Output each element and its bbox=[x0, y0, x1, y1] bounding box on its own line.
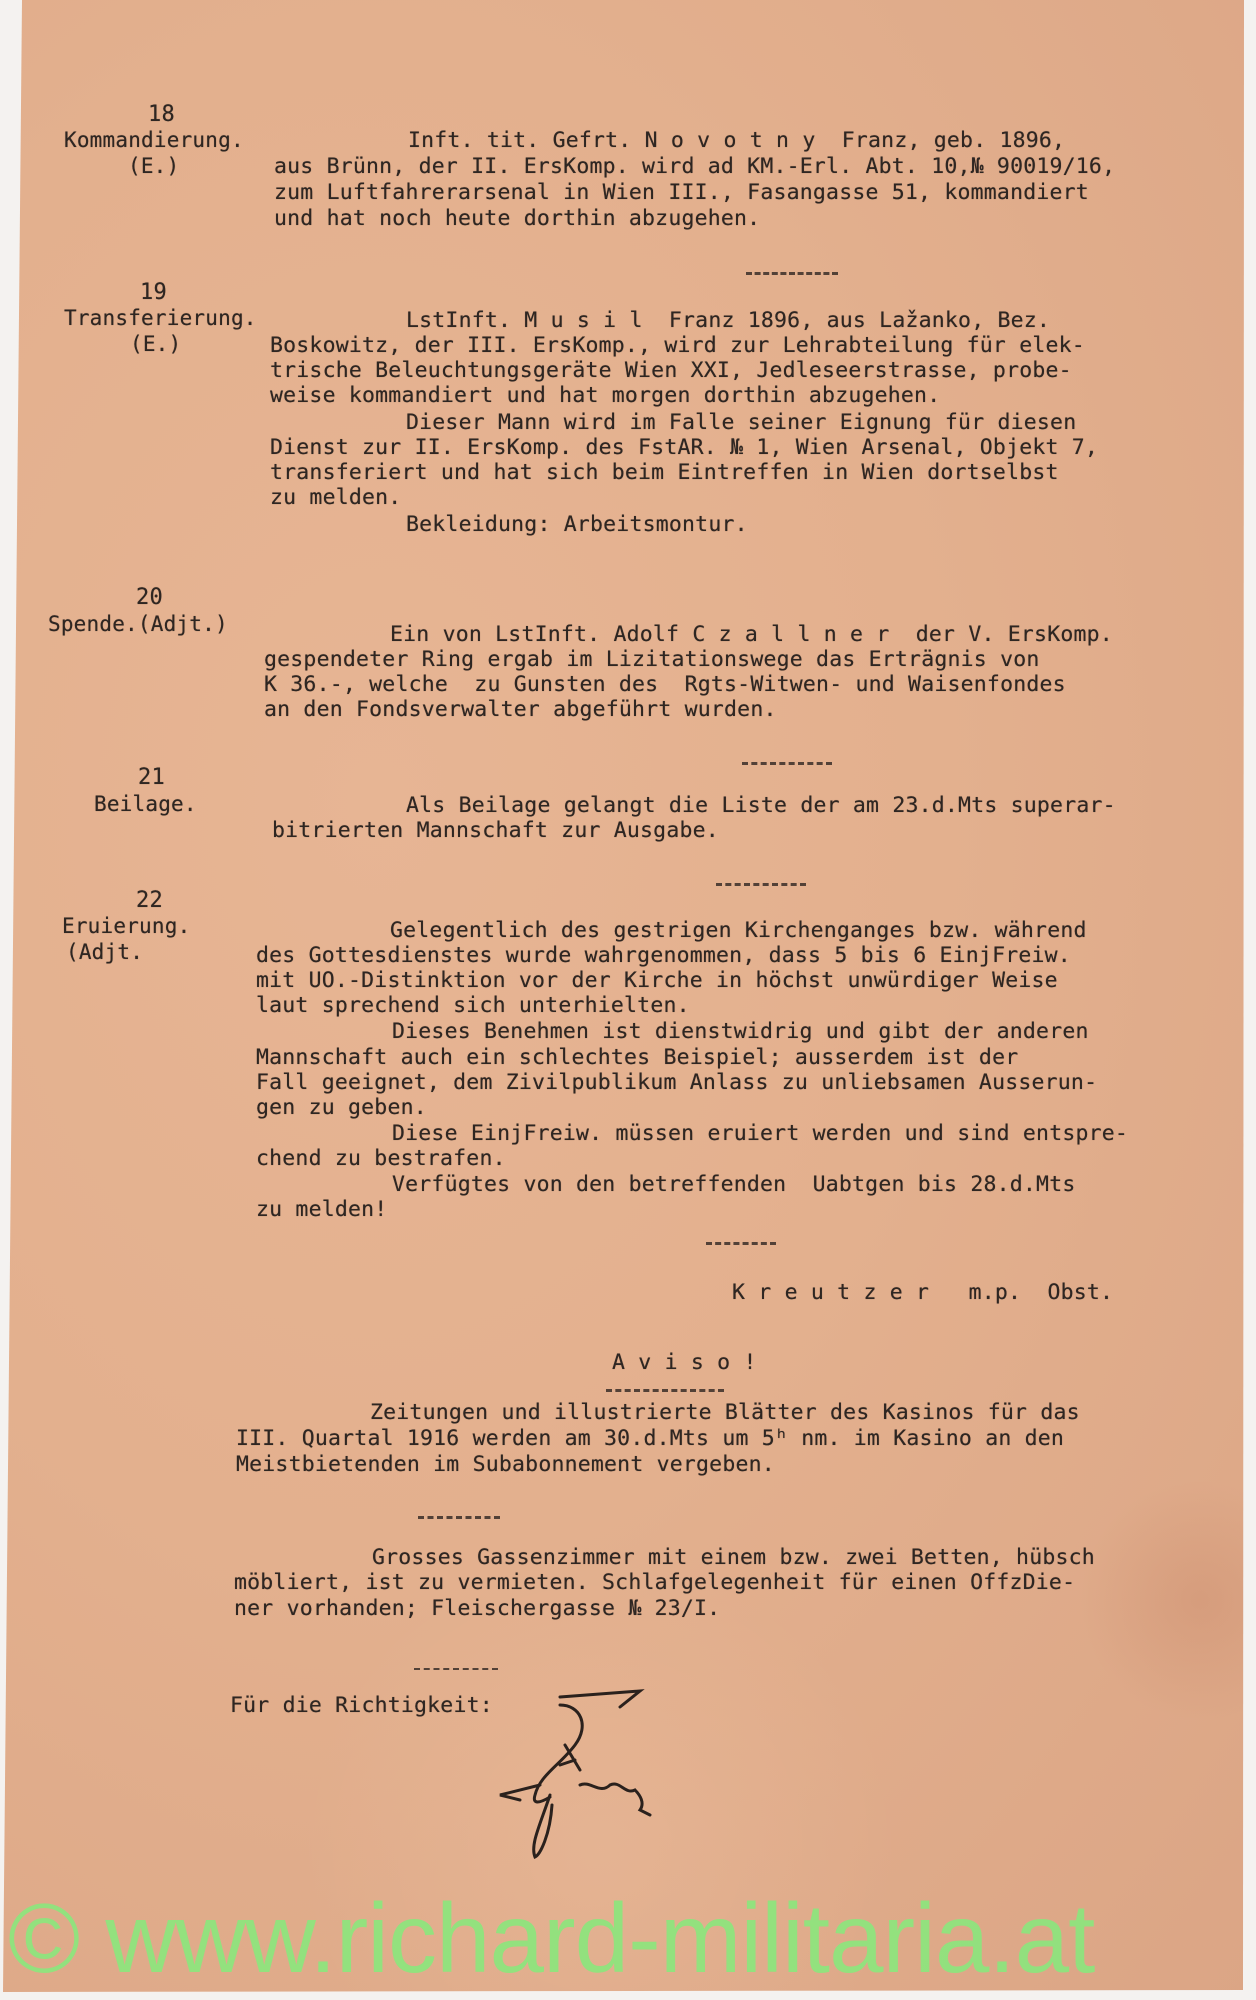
entry-22-line-3: mit UO.-Distinktion vor der Kirche in hö… bbox=[256, 968, 1058, 994]
entry-22-line-1: Gelegentlich des gestrigen Kirchenganges… bbox=[390, 918, 1087, 944]
separator bbox=[716, 883, 806, 886]
entry-21-line-2: bitrierten Mannschaft zur Ausgabe. bbox=[272, 818, 719, 844]
entry-20-line-2: gespendeter Ring ergab im Lizitationsweg… bbox=[264, 647, 1040, 673]
entry-19-label: Transferierung. bbox=[64, 306, 257, 332]
entry-18-line-4: und hat noch heute dorthin abzugehen. bbox=[274, 206, 760, 232]
entry-20-number: 20 bbox=[136, 585, 163, 611]
copyright-watermark: © www.richard-militaria.at bbox=[8, 1888, 1094, 1988]
entry-22-line-4: laut sprechend sich unterhielten. bbox=[256, 993, 690, 1019]
entry-20-line-3: K 36.-, welche zu Gunsten des Rgts-Witwe… bbox=[264, 672, 1066, 698]
entry-18-label: Kommandierung. bbox=[64, 128, 244, 154]
aviso-underline bbox=[606, 1389, 724, 1392]
entry-22-line-9: Diese EinjFreiw. müssen eruiert werden u… bbox=[392, 1121, 1128, 1147]
entry-18-sublabel: (E.) bbox=[128, 154, 179, 180]
entry-19-line-7: transferiert und hat sich beim Eintreffe… bbox=[270, 460, 1059, 486]
separator bbox=[706, 1242, 776, 1245]
entry-21-line-1: Als Beilage gelangt die Liste der am 23.… bbox=[406, 793, 1116, 819]
entry-20-line-4: an den Fondsverwalter abgeführt wurden. bbox=[264, 697, 777, 723]
entry-22-line-10: chend zu bestrafen. bbox=[256, 1146, 506, 1172]
aviso-line-2: III. Quartal 1916 werden am 30.d.Mts um … bbox=[236, 1426, 1064, 1452]
entry-19-line-8: zu melden. bbox=[270, 485, 401, 511]
separator bbox=[742, 762, 832, 765]
entry-18-line-2: aus Brünn, der II. ErsKomp. wird ad KM.-… bbox=[274, 154, 1115, 180]
entry-19-line-9: Bekleidung: Arbeitsmontur. bbox=[406, 512, 748, 538]
entry-19-line-2: Boskowitz, der III. ErsKomp., wird zur L… bbox=[270, 333, 1085, 359]
handwritten-signature bbox=[440, 1685, 670, 1860]
entry-18-number: 18 bbox=[148, 102, 175, 128]
entry-20-line-1: Ein von LstInft. Adolf C z a l l n e r d… bbox=[390, 622, 1113, 648]
entry-21-number: 21 bbox=[138, 765, 165, 791]
rental-line-3: ner vorhanden; Fleischergasse № 23/I. bbox=[234, 1596, 720, 1622]
entry-22-number: 22 bbox=[136, 888, 163, 914]
entry-19-line-4: weise kommandiert und hat morgen dorthin… bbox=[270, 383, 940, 409]
aviso-line-3: Meistbietenden im Subabonnement vergeben… bbox=[236, 1452, 775, 1478]
entry-22-line-11: Verfügtes von den betreffenden Uabtgen b… bbox=[392, 1172, 1076, 1198]
entry-20-label: Spende.(Adjt.) bbox=[48, 612, 228, 638]
entry-18-line-3: zum Luftfahrerarsenal in Wien III., Fasa… bbox=[274, 180, 1089, 206]
rental-line-2: möbliert, ist zu vermieten. Schlafgelege… bbox=[234, 1570, 1075, 1596]
aviso-title: A v i s o ! bbox=[612, 1350, 757, 1376]
entry-21-label: Beilage. bbox=[94, 792, 197, 818]
entry-22-label: Eruierung. bbox=[62, 914, 190, 940]
entry-19-sublabel: (E.) bbox=[130, 332, 181, 358]
entry-22-line-5: Dieses Benehmen ist dienstwidrig und gib… bbox=[392, 1019, 1089, 1045]
entry-19-line-3: trische Beleuchtungsgeräte Wien XXI, Jed… bbox=[270, 358, 1072, 384]
commander-signoff: K r e u t z e r m.p. Obst. bbox=[732, 1280, 1113, 1306]
entry-22-line-12: zu melden! bbox=[256, 1197, 387, 1223]
aviso-line-1: Zeitungen und illustrierte Blätter des K… bbox=[370, 1400, 1080, 1426]
separator bbox=[746, 272, 838, 275]
entry-22-line-8: gen zu geben. bbox=[256, 1095, 427, 1121]
entry-19-line-5: Dieser Mann wird im Falle seiner Eignung… bbox=[406, 410, 1076, 436]
separator bbox=[414, 1668, 498, 1670]
entry-19-number: 19 bbox=[140, 280, 167, 306]
entry-22-line-7: Fall geeignet, dem Zivilpublikum Anlass … bbox=[256, 1070, 1097, 1096]
separator bbox=[418, 1516, 500, 1519]
entry-18-line-1: Inft. tit. Gefrt. N o v o t n y Franz, g… bbox=[408, 128, 1065, 154]
entry-19-line-6: Dienst zur II. ErsKomp. des FstAR. № 1, … bbox=[270, 435, 1098, 461]
entry-22-sublabel: (Adjt. bbox=[66, 940, 143, 966]
entry-19-line-1: LstInft. M u s i l Franz 1896, aus Lažan… bbox=[406, 308, 1050, 334]
entry-22-line-6: Mannschaft auch ein schlechtes Beispiel;… bbox=[256, 1045, 1018, 1071]
entry-22-line-2: des Gottesdienstes wurde wahrgenommen, d… bbox=[256, 943, 1071, 969]
rental-line-1: Grosses Gassenzimmer mit einem bzw. zwei… bbox=[372, 1545, 1095, 1571]
